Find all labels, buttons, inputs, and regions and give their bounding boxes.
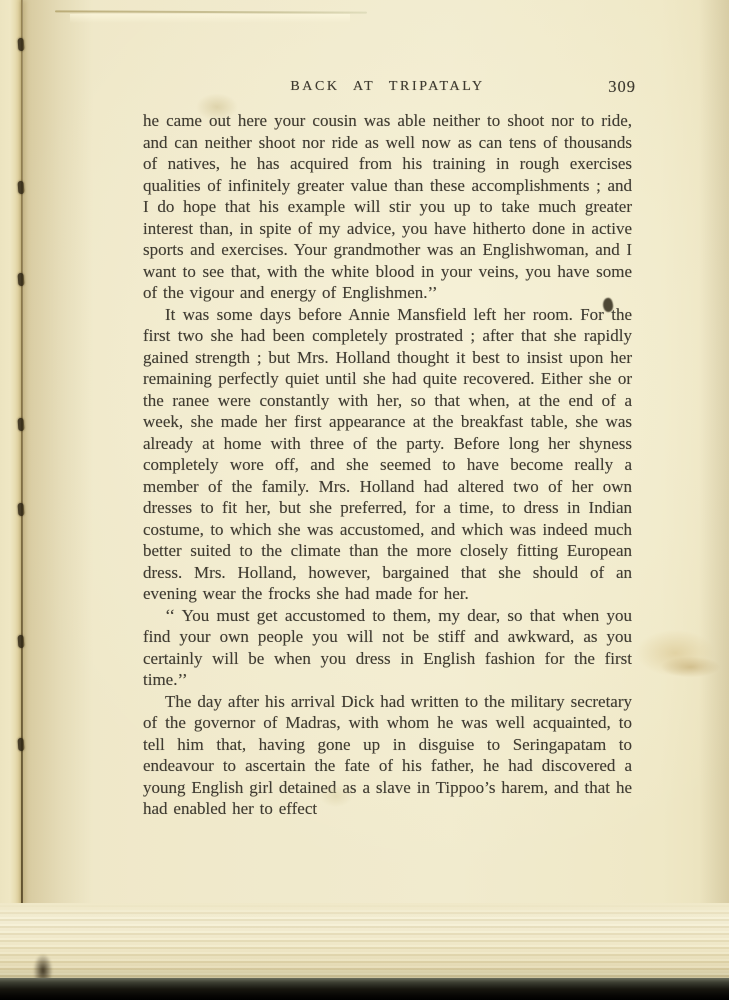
paper-stain: [188, 88, 246, 126]
top-page-edge-highlight: [70, 14, 350, 23]
book-page-scan: BACK AT TRIPATALY 309 he came out here y…: [0, 0, 729, 1000]
fore-edge-shadow: [699, 0, 729, 1000]
page-stack-edges: [0, 903, 729, 978]
book-cover-edge: [0, 978, 729, 1000]
paragraph: It was some days before Annie Mansfield …: [143, 304, 632, 605]
book-gutter-strip: [0, 0, 22, 1000]
paper-stain: [648, 652, 729, 682]
gutter-shadow: [23, 0, 93, 1000]
paragraph: he came out here your cousin was able ne…: [143, 110, 632, 304]
page-number: 309: [608, 77, 636, 97]
body-text: he came out here your cousin was able ne…: [143, 110, 632, 820]
paragraph: The day after his arrival Dick had writt…: [143, 691, 632, 820]
paragraph: ‘‘ You must get accustomed to them, my d…: [143, 605, 632, 691]
paper-stain: [312, 780, 360, 812]
